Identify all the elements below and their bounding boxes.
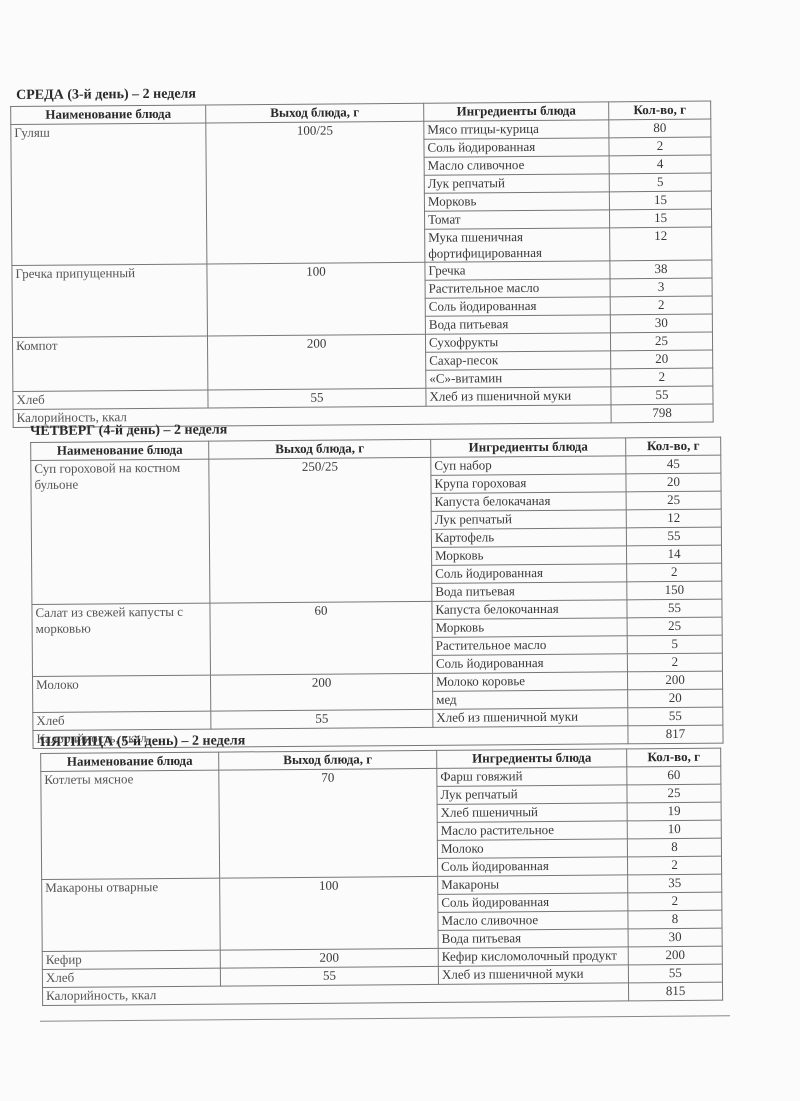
- ingredient-name: Томат: [424, 210, 609, 229]
- ingredient-name: Лук репчатый: [437, 785, 627, 804]
- ingredient-name: Сахар-песок: [426, 351, 611, 370]
- ingredient-name: Растительное масло: [425, 279, 610, 298]
- header-yield: Выход блюда, г: [206, 103, 424, 123]
- ingredient-qty: 10: [627, 820, 721, 839]
- header-qty: Кол-во, г: [609, 101, 711, 120]
- ingredient-name: Гречка: [425, 261, 610, 280]
- ingredient-qty: 200: [628, 946, 722, 965]
- ingredient-qty: 12: [610, 227, 712, 261]
- ingredient-qty: 38: [610, 260, 712, 279]
- dish-name: Молоко: [32, 675, 210, 712]
- dish-name: Макароны отварные: [42, 878, 221, 951]
- ingredient-qty: 15: [609, 209, 711, 228]
- ingredient-name: Вода питьевая: [438, 929, 628, 948]
- ingredient-qty: 25: [627, 784, 721, 803]
- ingredient-qty: 55: [628, 964, 722, 983]
- ingredient-name: Растительное масло: [432, 636, 627, 656]
- ingredient-qty: 30: [628, 928, 722, 947]
- calorie-label: Калорийность, ккал: [42, 983, 628, 1006]
- ingredient-name: Масло растительное: [437, 821, 627, 840]
- dish-yield: 100/25: [206, 121, 425, 264]
- ingredient-name: Мясо птицы-курица: [424, 120, 609, 139]
- ingredient-qty: 55: [628, 707, 723, 726]
- ingredient-qty: 60: [627, 766, 721, 785]
- ingredient-name: Молоко коровье: [432, 672, 627, 692]
- ingredient-name: Масло сливочное: [424, 156, 609, 175]
- ingredient-name: Соль йодированная: [438, 893, 628, 912]
- header-ingredients: Ингредиенты блюда: [424, 102, 609, 121]
- menu-table: Наименование блюдаВыход блюда, гИнгредие…: [10, 101, 714, 428]
- dish-yield: 200: [210, 673, 432, 711]
- ingredient-qty: 8: [627, 838, 721, 857]
- ingredient-name: Морковь: [424, 192, 609, 211]
- ingredient-name: Соль йодированная: [425, 297, 610, 316]
- ingredient-qty: 55: [627, 599, 722, 618]
- header-dish: Наименование блюда: [41, 752, 219, 771]
- ingredient-qty: 5: [609, 173, 711, 192]
- ingredient-name: Вода питьевая: [425, 315, 610, 334]
- ingredient-name: Крупа гороховая: [431, 474, 626, 494]
- ingredient-name: Капуста белокачаная: [431, 492, 626, 512]
- ingredient-name: Мука пшеничная фортифицированная: [425, 228, 610, 262]
- dish-name: Салат из свежей капусты с морковью: [32, 603, 211, 676]
- ingredient-name: Морковь: [431, 546, 626, 566]
- ingredient-qty: 25: [627, 617, 722, 636]
- header-ingredients: Ингредиенты блюда: [431, 438, 626, 458]
- ingredient-name: Молоко: [437, 839, 627, 858]
- ingredient-qty: 25: [610, 332, 712, 351]
- dish-yield: 100: [207, 262, 426, 336]
- header-dish: Наименование блюда: [31, 441, 209, 460]
- ingredient-name: Сухофрукты: [425, 333, 610, 352]
- ingredient-name: Фарш говяжий: [437, 767, 627, 786]
- ingredient-name: Макароны: [438, 875, 628, 894]
- day-section-thursday: ЧЕТВЕРГ (4-й день) – 2 неделя Наименован…: [30, 417, 724, 749]
- ingredient-name: Суп набор: [431, 456, 626, 476]
- dish-name: Гречка припущенный: [12, 264, 208, 338]
- dish-name: Гуляш: [11, 123, 207, 266]
- ingredient-qty: 20: [626, 473, 721, 492]
- page-bottom-rule: [40, 1015, 730, 1021]
- ingredient-name: Хлеб из пшеничной муки: [426, 387, 611, 406]
- ingredient-name: Картофель: [431, 528, 626, 548]
- ingredient-name: Соль йодированная: [437, 857, 627, 876]
- ingredient-name: Соль йодированная: [432, 564, 627, 584]
- ingredient-name: «С»-витамин: [426, 369, 611, 388]
- ingredient-qty: 20: [611, 350, 713, 369]
- ingredient-name: Вода питьевая: [432, 582, 627, 602]
- ingredient-qty: 5: [627, 635, 722, 654]
- dish-name: Суп гороховой на костном бульоне: [31, 459, 210, 604]
- header-qty: Кол-во, г: [626, 437, 721, 456]
- ingredient-qty: 2: [627, 856, 721, 875]
- header-qty: Кол-во, г: [627, 748, 721, 767]
- dish-yield: 70: [219, 768, 438, 878]
- dish-yield: 100: [220, 876, 439, 950]
- menu-table: Наименование блюдаВыход блюда, гИнгредие…: [40, 748, 723, 1006]
- ingredient-name: Масло сливочное: [438, 911, 628, 930]
- dish-yield: 60: [210, 601, 433, 675]
- ingredient-qty: 3: [610, 278, 712, 297]
- ingredient-qty: 55: [611, 386, 713, 405]
- dish-name: Кефир: [42, 950, 220, 969]
- scanned-page: СРЕДА (3-й день) – 2 неделя Наименование…: [0, 0, 800, 1101]
- ingredient-qty: 15: [609, 191, 711, 210]
- ingredient-name: Соль йодированная: [432, 654, 627, 674]
- ingredient-name: Лук репчатый: [424, 174, 609, 193]
- ingredient-qty: 80: [609, 119, 711, 138]
- ingredient-qty: 12: [626, 509, 721, 528]
- ingredient-qty: 45: [626, 455, 721, 474]
- dish-name: Хлеб: [13, 390, 208, 410]
- dish-yield: 55: [220, 966, 438, 986]
- ingredient-qty: 2: [609, 137, 711, 156]
- ingredient-name: Хлеб пшеничный: [437, 803, 627, 822]
- dish-name: Компот: [12, 336, 207, 392]
- ingredient-qty: 35: [628, 874, 722, 893]
- dish-yield: 55: [208, 388, 426, 408]
- ingredient-qty: 55: [626, 527, 721, 546]
- dish-name: Хлеб: [42, 968, 220, 987]
- day-section-friday: ПЯТНИЦА (5-й день) – 2 неделя Наименован…: [40, 728, 723, 1006]
- menu-table: Наименование блюдаВыход блюда, гИнгредие…: [30, 437, 723, 749]
- ingredient-name: Лук репчатый: [431, 510, 626, 530]
- dish-yield: 200: [207, 334, 425, 390]
- ingredient-qty: 25: [626, 491, 721, 510]
- dish-yield: 250/25: [209, 457, 432, 603]
- ingredient-name: Хлеб из пшеничной муки: [438, 965, 628, 984]
- ingredient-qty: 2: [627, 563, 722, 582]
- ingredient-name: Капуста белокочанная: [432, 600, 627, 620]
- ingredient-name: Морковь: [432, 618, 627, 638]
- ingredient-qty: 20: [628, 689, 723, 708]
- header-dish: Наименование блюда: [11, 105, 206, 125]
- ingredient-name: Хлеб из пшеничной муки: [433, 708, 628, 728]
- header-yield: Выход блюда, г: [209, 439, 431, 459]
- ingredient-name: Соль йодированная: [424, 138, 609, 157]
- ingredient-qty: 2: [628, 892, 722, 911]
- ingredient-qty: 150: [627, 581, 722, 600]
- dish-yield: 200: [220, 948, 438, 968]
- ingredient-qty: 4: [609, 155, 711, 174]
- ingredient-qty: 14: [626, 545, 721, 564]
- ingredient-qty: 200: [627, 671, 722, 690]
- dish-yield: 55: [211, 709, 433, 729]
- ingredient-qty: 2: [611, 368, 713, 387]
- ingredient-qty: 8: [628, 910, 722, 929]
- dish-name: Хлеб: [33, 711, 211, 730]
- ingredient-qty: 2: [610, 296, 712, 315]
- ingredient-qty: 2: [627, 653, 722, 672]
- ingredient-name: Кефир кисломолочный продукт: [438, 947, 628, 966]
- day-section-wednesday: СРЕДА (3-й день) – 2 неделя Наименование…: [16, 81, 714, 428]
- header-ingredients: Ингредиенты блюда: [437, 749, 627, 768]
- calorie-value: 815: [628, 982, 722, 1001]
- dish-name: Котлеты мясное: [41, 770, 220, 879]
- ingredient-qty: 30: [610, 314, 712, 333]
- ingredient-qty: 19: [627, 802, 721, 821]
- ingredient-name: мед: [433, 690, 628, 710]
- header-yield: Выход блюда, г: [219, 750, 437, 770]
